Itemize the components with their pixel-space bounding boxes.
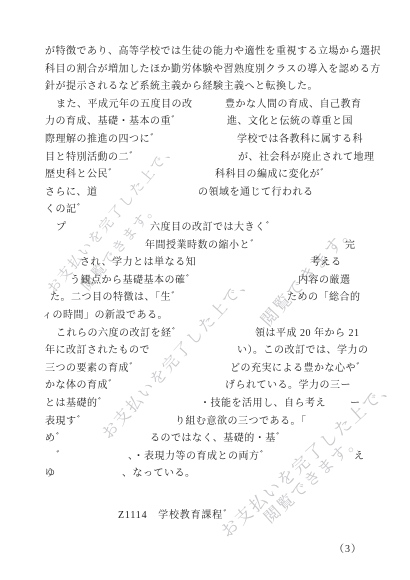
text-fragment: さらに、道 bbox=[45, 186, 98, 200]
text-fragment: 目と特別活動の二゛ bbox=[45, 151, 140, 165]
text-fragment: の領域を通じて行われる bbox=[198, 186, 314, 200]
text-fragment: 年間授業時数の縮小と゛ bbox=[145, 239, 261, 253]
text-fragment: かな体の育成゛ bbox=[45, 379, 119, 393]
text-fragment: くの記゛ bbox=[45, 203, 87, 217]
text-fragment: が特徴であり、高等学校では生徒の能力や適性を重視する立場から選択 bbox=[45, 45, 381, 59]
text-fragment: とは基礎的゛ bbox=[45, 397, 108, 411]
text-fragment: い）。この改訂では、学力の bbox=[237, 344, 369, 358]
text-fragment: また、平成元年の五度目の改 bbox=[56, 98, 193, 112]
text-fragment: 、・表現力等の育成との両方゛ bbox=[128, 450, 270, 464]
text-fragment: ・技能を活用し、自ら考え bbox=[200, 397, 326, 411]
text-fragment: ー bbox=[350, 397, 361, 411]
text-fragment: げられている。学力の三ー bbox=[225, 379, 351, 393]
text-fragment: が、社会科が廃止されて地理 bbox=[238, 151, 375, 165]
text-fragment: され、学力とは単なる知 bbox=[80, 256, 196, 270]
text-fragment: 六度目の改訂では大きく゛ bbox=[150, 221, 276, 235]
text-fragment: 歴史科と公民゛ bbox=[45, 168, 119, 182]
text-fragment: ゆ bbox=[45, 467, 56, 481]
text-fragment: え bbox=[354, 450, 365, 464]
text-fragment: 進、文化と伝統の尊重と国 bbox=[227, 115, 353, 129]
text-fragment: 考える bbox=[310, 256, 342, 270]
text-fragment: 力の育成、基礎・基本の重゛ bbox=[45, 115, 182, 129]
text-fragment: ゛ bbox=[56, 450, 67, 464]
text-fragment: り組む意欲の三つである。「 bbox=[175, 415, 307, 429]
text-fragment: 完 bbox=[345, 239, 356, 253]
text-fragment: 領は平成 20 年から 21 bbox=[255, 327, 360, 341]
text-fragment: 際理解の推進の四つに゛ bbox=[45, 133, 161, 147]
text-fragment: 年に改訂されたもので bbox=[45, 344, 150, 358]
text-fragment: 内容の厳選 bbox=[298, 274, 351, 288]
text-fragment: るのではなく、基礎的・基゛ bbox=[150, 432, 286, 446]
text-fragment: め゛ bbox=[45, 432, 66, 446]
text-fragment: 豊かな人間の育成、自己教育 bbox=[225, 98, 362, 112]
text-fragment: た。二つ目の特徴は、「生゛ bbox=[50, 291, 182, 305]
text-fragment: 学校では各教科に属する科 bbox=[237, 133, 363, 147]
text-fragment: ための「総合的 bbox=[287, 291, 361, 305]
text-fragment: これらの六度の改訂を経゛ bbox=[56, 327, 182, 341]
footer-doc-code: Z1114 学校教育課程゛ bbox=[118, 506, 234, 521]
text-fragment: 科目の割合が増加したほか勤労体験や習熟度別クラスの導入を認める方 bbox=[45, 63, 381, 77]
text-fragment: 表現す゛ bbox=[45, 415, 87, 429]
document-page: お支払いを完了した上で、 閲覧できます。 お支払いを完了した上で、 閲覧できます… bbox=[0, 0, 410, 580]
text-fragment: う観点から基礎基本の確゛ bbox=[70, 274, 196, 288]
text-fragment: ィの時間」の新設である。 bbox=[42, 309, 168, 323]
text-fragment: 針が提示されるなど系統主義から経験主義へと転換した。 bbox=[45, 80, 318, 94]
page-number: （3） bbox=[334, 540, 362, 555]
text-fragment: 三つの要素の育成゛ bbox=[45, 362, 140, 376]
text-fragment: どの充実による豊かな心や゛ bbox=[230, 362, 367, 376]
text-fragment: 、なっている。 bbox=[122, 467, 196, 481]
text-fragment: プ bbox=[56, 221, 67, 235]
text-fragment: 科科目の編成に変化が゛ bbox=[215, 168, 331, 182]
